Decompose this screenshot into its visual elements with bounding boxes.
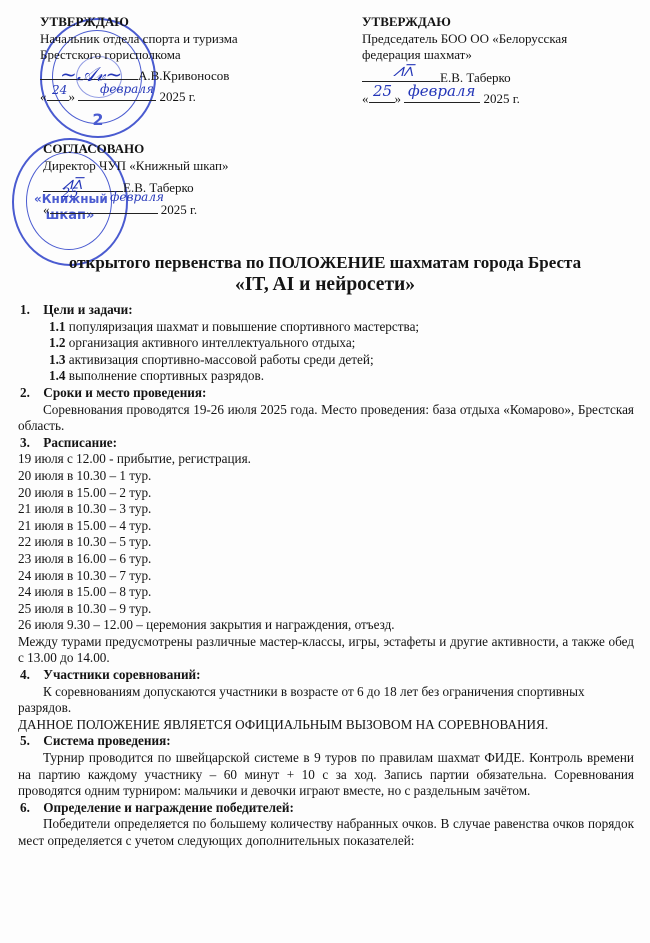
tournament-name: «IT, AI и нейросети» <box>0 274 650 296</box>
section-heading: 4. Участники соревнований: <box>18 667 634 684</box>
schedule-row: 20 июля в 10.30 – 1 тур. <box>18 468 634 485</box>
approval-name: А.В.Кривоносов <box>138 68 229 83</box>
section-heading: 2. Сроки и место проведения: <box>18 385 634 402</box>
schedule-row: 24 июля в 10.30 – 7 тур. <box>18 568 634 585</box>
approval-year: 2025 г. <box>160 89 196 104</box>
approval-year: 2025 г. <box>484 91 520 106</box>
agreement-position: Директор ЧУП «Книжный шкап» <box>43 158 303 175</box>
approval-heading: УТВЕРЖДАЮ <box>362 14 642 31</box>
approval-block-sports-dept: УТВЕРЖДАЮ Начальник отдела спорта и тури… <box>40 14 300 106</box>
handwritten-month: февраля <box>110 190 164 204</box>
handwritten-day: 25 <box>373 82 392 100</box>
goal-item: 1.2 организация активного интеллектуальн… <box>18 335 634 352</box>
approval-heading: УТВЕРЖДАЮ <box>40 14 300 31</box>
goal-item: 1.4 выполнение спортивных разрядов. <box>18 368 634 385</box>
agreement-year: 2025 г. <box>161 202 197 217</box>
section-heading: 6. Определение и награждение победителей… <box>18 800 634 817</box>
section-winners: 6. Определение и награждение победителей… <box>18 800 634 850</box>
section-participants: 4. Участники соревнований: К соревновани… <box>18 667 634 733</box>
stamp-number: 2 <box>86 110 110 129</box>
schedule-row: 23 июля в 16.00 – 6 тур. <box>18 551 634 568</box>
schedule-row: 21 июля в 15.00 – 4 тур. <box>18 518 634 535</box>
section-schedule: 3. Расписание: 19 июля с 12.00 - прибыти… <box>18 435 634 667</box>
handwritten-month: февраля <box>408 82 475 100</box>
schedule-note: Между турами предусмотрены различные мас… <box>18 634 634 667</box>
section-heading: 5. Система проведения: <box>18 733 634 750</box>
section-text: К соревнованиям допускаются участники в … <box>18 684 634 717</box>
section-goals: 1. Цели и задачи: 1.1 популяризация шахм… <box>18 302 634 385</box>
schedule-row: 25 июля в 10.30 – 9 тур. <box>18 601 634 618</box>
signature-taberko: ⩘⊼ <box>393 60 413 81</box>
section-text: Турнир проводится по швейцарской системе… <box>18 750 634 800</box>
schedule-row: 21 июля в 10.30 – 3 тур. <box>18 501 634 518</box>
section-text: Соревнования проводятся 19-26 июля 2025 … <box>18 402 634 435</box>
handwritten-month: февраля <box>100 82 154 96</box>
schedule-row: 19 июля с 12.00 - прибытие, регистрация. <box>18 451 634 468</box>
section-system: 5. Система проведения: Турнир проводится… <box>18 733 634 799</box>
handwritten-day: 25 <box>62 186 79 201</box>
approval-date: «» 2025 г. <box>362 91 642 108</box>
section-text: Победители определяется по большему коли… <box>18 816 634 849</box>
schedule-row: 26 июля 9.30 – 12.00 – церемония закрыти… <box>18 617 634 634</box>
schedule-row: 22 июля в 10.30 – 5 тур. <box>18 534 634 551</box>
schedule-row: 20 июля в 15.00 – 2 тур. <box>18 485 634 502</box>
goal-item: 1.1 популяризация шахмат и повышение спо… <box>18 319 634 336</box>
agreement-heading: СОГЛАСОВАНО <box>43 141 303 158</box>
document-body: 1. Цели и задачи: 1.1 популяризация шахм… <box>18 302 634 850</box>
approval-position: Начальник отдела спорта и туризма <box>40 31 300 48</box>
handwritten-day: 24 <box>52 83 67 97</box>
section-heading: 1. Цели и задачи: <box>18 302 634 319</box>
official-notice: ДАННОЕ ПОЛОЖЕНИЕ ЯВЛЯЕТСЯ ОФИЦИАЛЬНЫМ ВЫ… <box>18 717 634 734</box>
document-title: открытого первенства по ПОЛОЖЕНИЕ шахмат… <box>0 253 650 273</box>
section-heading: 3. Расписание: <box>18 435 634 452</box>
goal-item: 1.3 активизация спортивно-массовой работ… <box>18 352 634 369</box>
section-dates-venue: 2. Сроки и место проведения: Соревновани… <box>18 385 634 435</box>
schedule-row: 24 июля в 15.00 – 8 тур. <box>18 584 634 601</box>
approval-position: Председатель БОО ОО «Белорусская <box>362 31 642 48</box>
approval-date: «» 2025 г. <box>40 89 300 106</box>
agreement-date: « 2025 г. <box>43 202 303 219</box>
